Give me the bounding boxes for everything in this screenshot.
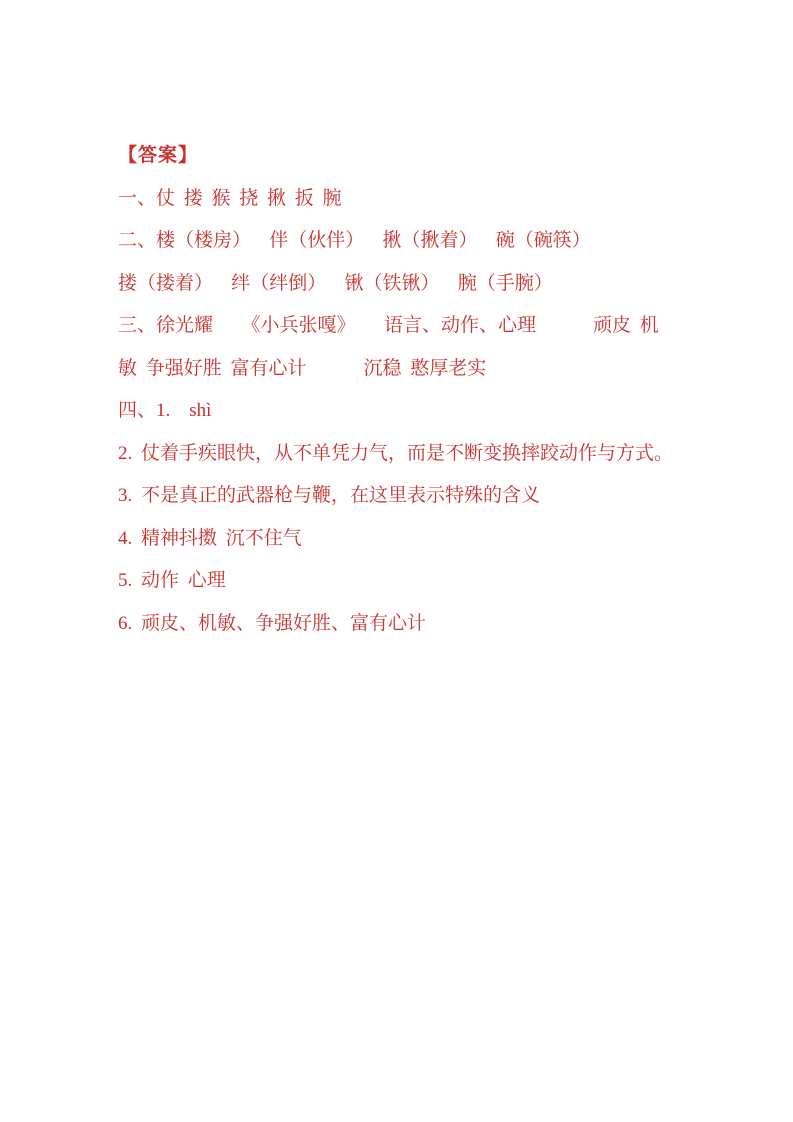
answer-line-section2-row2: 搂（搂着） 绊（绊倒） 锹（铁锹） 腕（手腕） [118,263,698,306]
answer-line-section3-row1: 三、徐光耀 《小兵张嘎》 语言、动作、心理 顽皮 机 [118,305,698,348]
answer-line-section4-q4: 4. 精神抖擞 沉不住气 [118,518,698,561]
document-page: 【答案】 一、仗 搂 猴 挠 揪 扳 腕 二、楼（楼房） 伴（伙伴） 揪（揪着）… [0,0,793,1122]
answer-line-section2-row1: 二、楼（楼房） 伴（伙伴） 揪（揪着） 碗（碗筷） [118,220,698,263]
answer-key-title: 【答案】 [118,135,698,178]
answer-line-section4-q2: 2. 仗着手疾眼快，从不单凭力气，而是不断变换摔跤动作与方式。 [118,433,698,476]
answer-line-section4-q1: 四、1. shì [118,390,698,433]
answer-key-block: 【答案】 一、仗 搂 猴 挠 揪 扳 腕 二、楼（楼房） 伴（伙伴） 揪（揪着）… [118,135,698,645]
answer-line-section4-q6: 6. 顽皮、机敏、争强好胜、富有心计 [118,603,698,646]
answer-line-section4-q5: 5. 动作 心理 [118,560,698,603]
answer-line-section4-q3: 3. 不是真正的武器枪与鞭，在这里表示特殊的含义 [118,475,698,518]
answer-line-section1: 一、仗 搂 猴 挠 揪 扳 腕 [118,178,698,221]
answer-line-section3-row2: 敏 争强好胜 富有心计 沉稳 憨厚老实 [118,348,698,391]
